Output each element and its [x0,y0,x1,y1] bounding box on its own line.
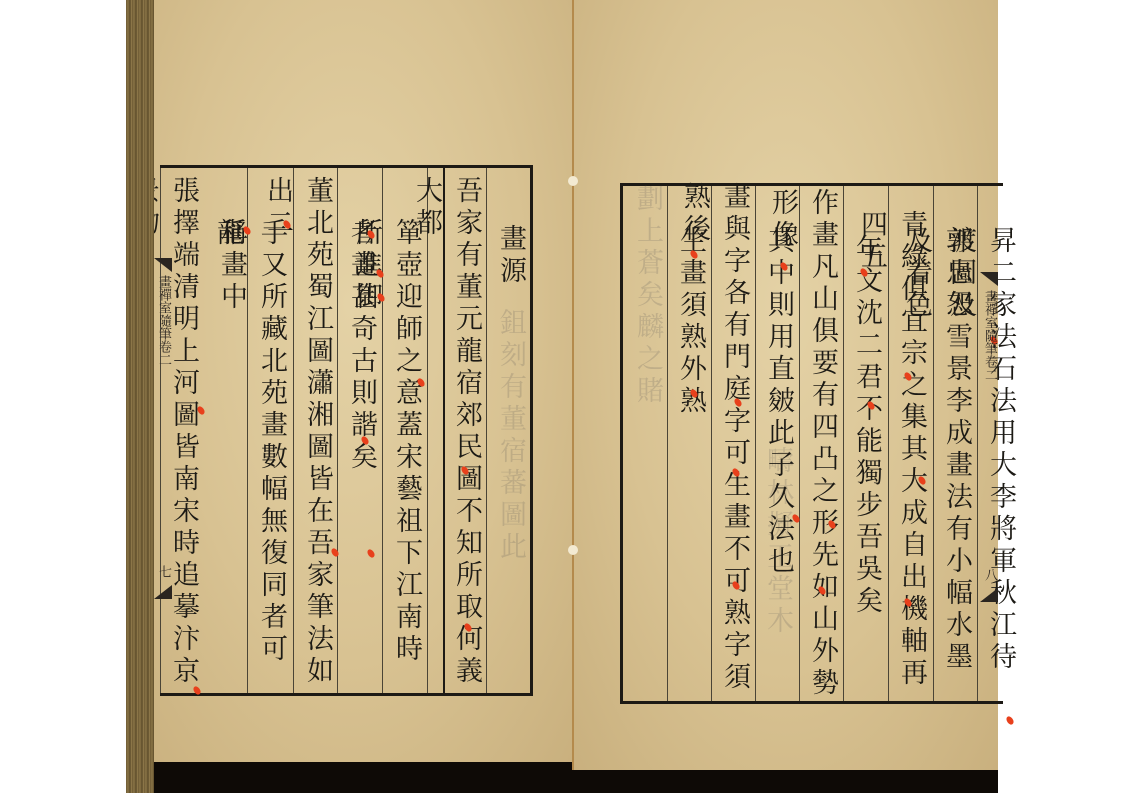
text-column-3: 青綠俱宜宗之集其大成自出機軸再四五 [891,210,931,701]
left-page-frame: 鉏刻有董宿蕃圖此 畫源 吾家有董元龍宿郊民圖不知所取何義大都 箪壺迎師之意蓋宋藝… [160,165,533,696]
column-rule [843,186,844,701]
column-rule [337,168,338,693]
binding-thread-knot [568,176,578,186]
book-spread: 鉏刻有董宿蕃圖此 畫源 吾家有董元龍宿郊民圖不知所取何義大都 箪壺迎師之意蓋宋藝… [126,0,998,793]
book-gutter [572,0,574,770]
margin-book-title: 畫禪室隨筆卷二 [980,290,998,381]
right-page: 劃上蒼矣麟之賭 疇林擬王堂木 昇二家法石法用大李將軍秋江待渡圖及 郭忠恕雪景李成… [573,0,998,770]
text-column-6: 龍 [207,218,247,250]
fishtail-upper-icon [980,272,998,286]
left-page: 鉏刻有董宿蕃圖此 畫源 吾家有董元龍宿郊民圖不知所取何義大都 箪壺迎師之意蓋宋藝… [126,0,573,762]
column-rule [293,168,294,693]
red-punctuation-mark [1005,715,1015,726]
column-rule [711,186,712,701]
column-rule [427,168,428,693]
fishtail-lower-icon [980,588,998,602]
right-page-frame: 劃上蒼矣麟之賭 疇林擬王堂木 昇二家法石法用大李將軍秋江待渡圖及 郭忠恕雪景李成… [620,183,1003,704]
column-rule [799,186,800,701]
column-rule [667,186,668,701]
text-column-3: 者畫甚奇古則諧矣 [341,218,381,474]
text-column-6: 其中則用直皴此子久法也 [758,226,798,578]
binding-thread-knot [568,545,578,555]
column-rule [160,168,161,693]
folio-number: 七 [154,565,172,578]
text-column-7: 張擇端清明上河圖皆南宋時追摹汴京景物 [163,176,203,693]
margin-book-title: 畫禪室隨筆卷二 [154,275,172,366]
page-stack-edge [126,0,154,793]
text-column-5: 手又所藏北苑畫數幅無復同者可稱畫中 [251,218,291,693]
column-rule [755,186,756,701]
text-column-5: 作畫凡山俱要有四凸之形先如山外勢形像 [802,188,842,701]
section-heading: 畫源 [490,224,530,288]
text-column-7: 畫與字各有門庭字可生畫不可熟字須熟後 [714,182,754,701]
red-punctuation-mark [366,548,376,559]
column-rule [486,168,487,693]
bleed-through-text: 鉏刻有董宿蕃圖此 [490,308,530,564]
text-column-2: 箪壺迎師之意蓋宋藝祖下江南時所進御 [386,218,426,693]
fishtail-lower-icon [154,585,172,599]
folio-number: 八 [980,568,998,581]
bleed-through-text: 劃上蒼矣麟之賭 [627,184,667,408]
column-rule [443,168,445,693]
text-column-4: 董北苑蜀江圖瀟湘圖皆在吾家筆法如出二 [297,176,337,693]
text-column-4: 年文沈二君不能獨步吾吳矣 [846,234,886,618]
text-column-2: 郭忠恕雪景李成畫法有小幅水墨及着色 [936,226,976,701]
fishtail-upper-icon [154,258,172,272]
text-column-1: 吾家有董元龍宿郊民圖不知所取何義大都 [446,176,486,693]
